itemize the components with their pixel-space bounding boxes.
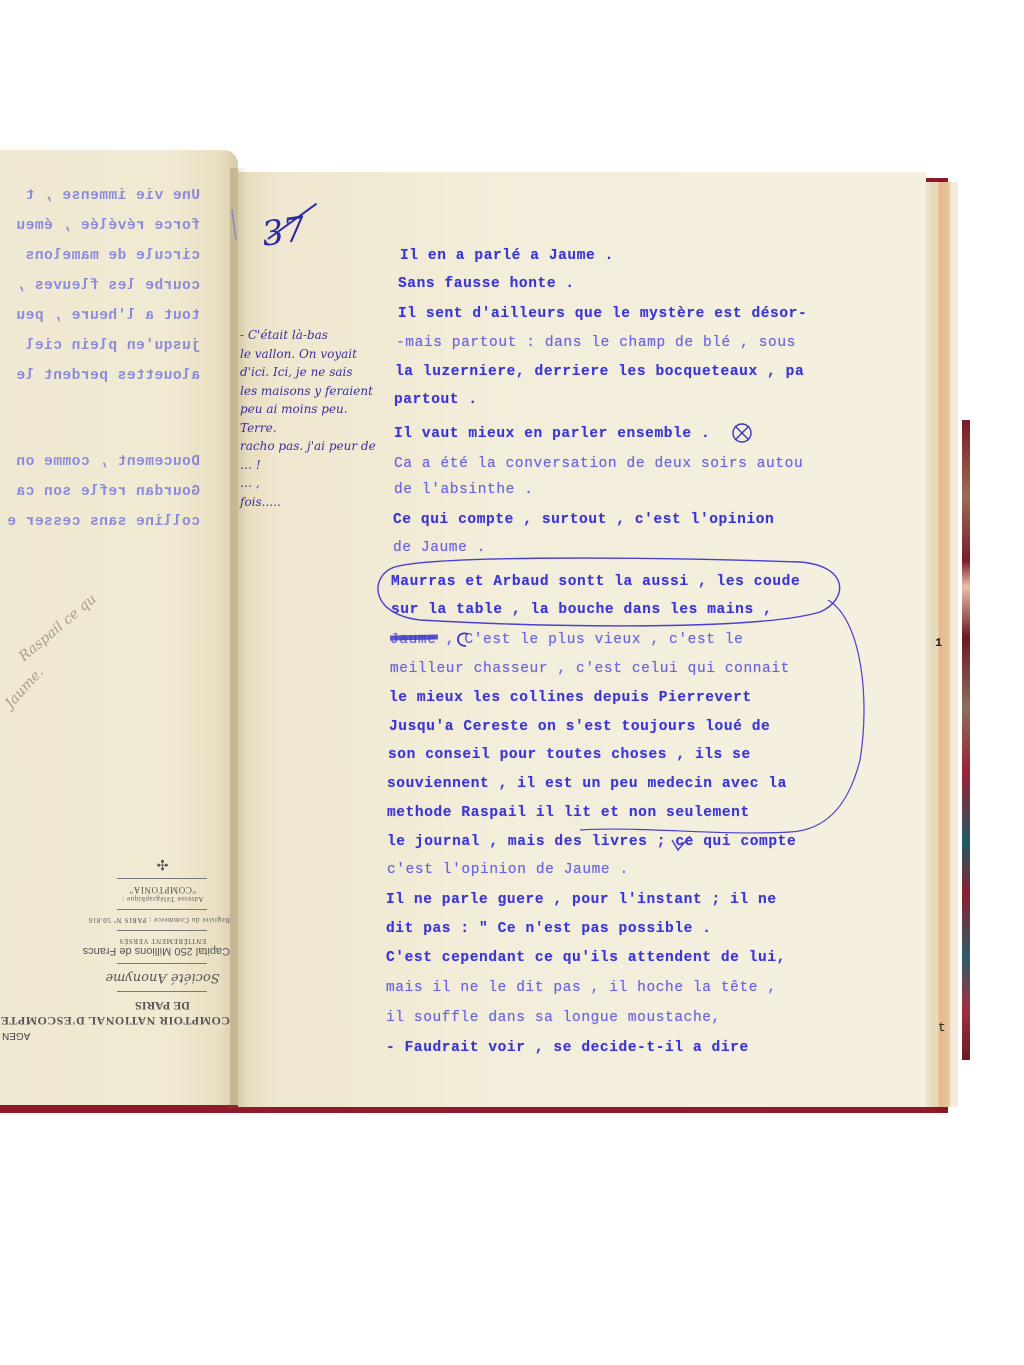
note-line: … ! — [240, 456, 390, 475]
letterhead-registry: Registre du Commerce : PARIS Nº 50.816 — [95, 916, 230, 924]
typed-line: Jusqu'a Cereste on s'est toujours loué d… — [389, 719, 770, 735]
divider — [118, 878, 208, 879]
typed-line: le mieux les collines depuis Pierrevert — [389, 690, 752, 706]
bleed-line: Une vie immense , t — [0, 188, 200, 204]
typed-line: mais il ne le dit pas , il hoche la tête… — [386, 980, 777, 996]
note-line: … , — [240, 474, 390, 493]
letterhead-paid: ENTIÈREMENT VERSÉS — [95, 937, 230, 945]
typed-line: -mais partout : dans le champ de blé , s… — [396, 335, 796, 351]
bleed-line: Gourdan refle son ca — [0, 484, 200, 500]
typed-line: C'est cependant ce qu'ils attendent de l… — [386, 950, 786, 966]
typed-line: Il en a parlé a Jaume . — [400, 248, 614, 264]
typed-line: la luzerniere, derriere les bocqueteaux … — [395, 364, 804, 380]
note-line: - C'était là-bas — [240, 326, 390, 345]
note-line: d'ici. Ici, je ne sais — [240, 363, 390, 382]
divider — [118, 963, 208, 964]
typed-line: methode Raspail il lit et non seulement — [387, 805, 750, 821]
bleed-line: tout a l'heure , peu — [0, 308, 200, 324]
letterhead-capital: Capital 250 Millions de Francs — [95, 945, 230, 957]
bleed-line: jusqu'en plein ciel — [0, 338, 200, 354]
typed-line: de l'absinthe . — [394, 482, 534, 498]
typed-line: il souffle dans sa longue moustache, — [386, 1010, 721, 1026]
note-line: Terre. — [240, 419, 390, 438]
edge-mark: 1 — [935, 636, 942, 650]
typed-line: Jaume , C'est le plus vieux , c'est le — [390, 632, 743, 648]
typed-line-circled: Maurras et Arbaud sontt la aussi , les c… — [391, 574, 800, 590]
typed-line-circled: sur la table , la bouche dans les mains … — [391, 602, 772, 618]
handwritten-margin-note: - C'était là-bas le vallon. On voyait d'… — [240, 326, 390, 511]
typed-line: de Jaume . — [393, 540, 486, 556]
typed-line: le journal , mais des livres ; ce qui co… — [387, 834, 796, 850]
letterhead-telegraph: "COMPTONIA" — [95, 885, 230, 895]
typed-line: dit pas : " Ce n'est pas possible . — [386, 921, 712, 937]
typed-line: partout . — [394, 392, 478, 408]
divider — [118, 909, 208, 910]
typed-line: souviennent , il est un peu medecin avec… — [387, 776, 787, 792]
letterhead-telegraph-label: Adresse Télégraphique : — [95, 895, 230, 903]
typed-line: c'est l'opinion de Jaume . — [387, 862, 629, 878]
letterhead-inverted: COMPTOIR NATIONAL D'ESCOMPTE DE PARIS So… — [95, 855, 230, 1028]
letterhead-bank: COMPTOIR NATIONAL D'ESCOMPTE — [95, 1013, 230, 1028]
typed-line: Il vaut mieux en parler ensemble . — [394, 426, 710, 442]
typed-line: - Faudrait voir , se decide-t-il a dire — [386, 1040, 749, 1056]
typed-line: meilleur chasseur , c'est celui qui conn… — [390, 661, 790, 677]
bleed-line: Doucement , comme on — [0, 454, 200, 470]
edge-mark: t — [938, 1020, 946, 1035]
note-line: peu ai moins peu. — [240, 400, 390, 419]
marbled-endpaper — [962, 420, 970, 1060]
typed-line: Il ne parle guere , pour l'instant ; il … — [386, 892, 777, 908]
typed-line: son conseil pour toutes choses , ils se — [388, 747, 751, 763]
bleed-line: alouettes perdent le — [0, 368, 200, 384]
typed-line: Ca a été la conversation de deux soirs a… — [394, 456, 803, 472]
note-line: le vallon. On voyait — [240, 345, 390, 364]
typed-line: Sans fausse honte . — [398, 276, 575, 292]
typed-line: Il sent d'ailleurs que le mystère est dé… — [398, 306, 807, 322]
letterhead-agency: AGEN — [2, 1030, 30, 1041]
gutter-shadow — [230, 168, 248, 1108]
note-line: fois..... — [240, 493, 390, 512]
book-photo: Une vie immense , t force révélée , émeu… — [0, 0, 1024, 1365]
divider — [118, 991, 208, 992]
letterhead-city: DE PARIS — [95, 998, 230, 1013]
windmill-logo-icon: ✣ — [95, 855, 230, 872]
note-line: racho pas. j'ai peur de — [240, 437, 390, 456]
bleed-line: circule de mamelons — [0, 248, 200, 264]
note-line: les maisons y feraient — [240, 382, 390, 401]
bleed-line: courbe les fleuves , — [0, 278, 200, 294]
divider — [118, 930, 208, 931]
bleed-line: force révélée , émeu — [0, 218, 200, 234]
letterhead-signature: Société Anonyme — [95, 970, 230, 985]
bleed-line: colline sans cesser e — [0, 514, 200, 530]
typed-line: Ce qui compte , surtout , c'est l'opinio… — [393, 512, 774, 528]
